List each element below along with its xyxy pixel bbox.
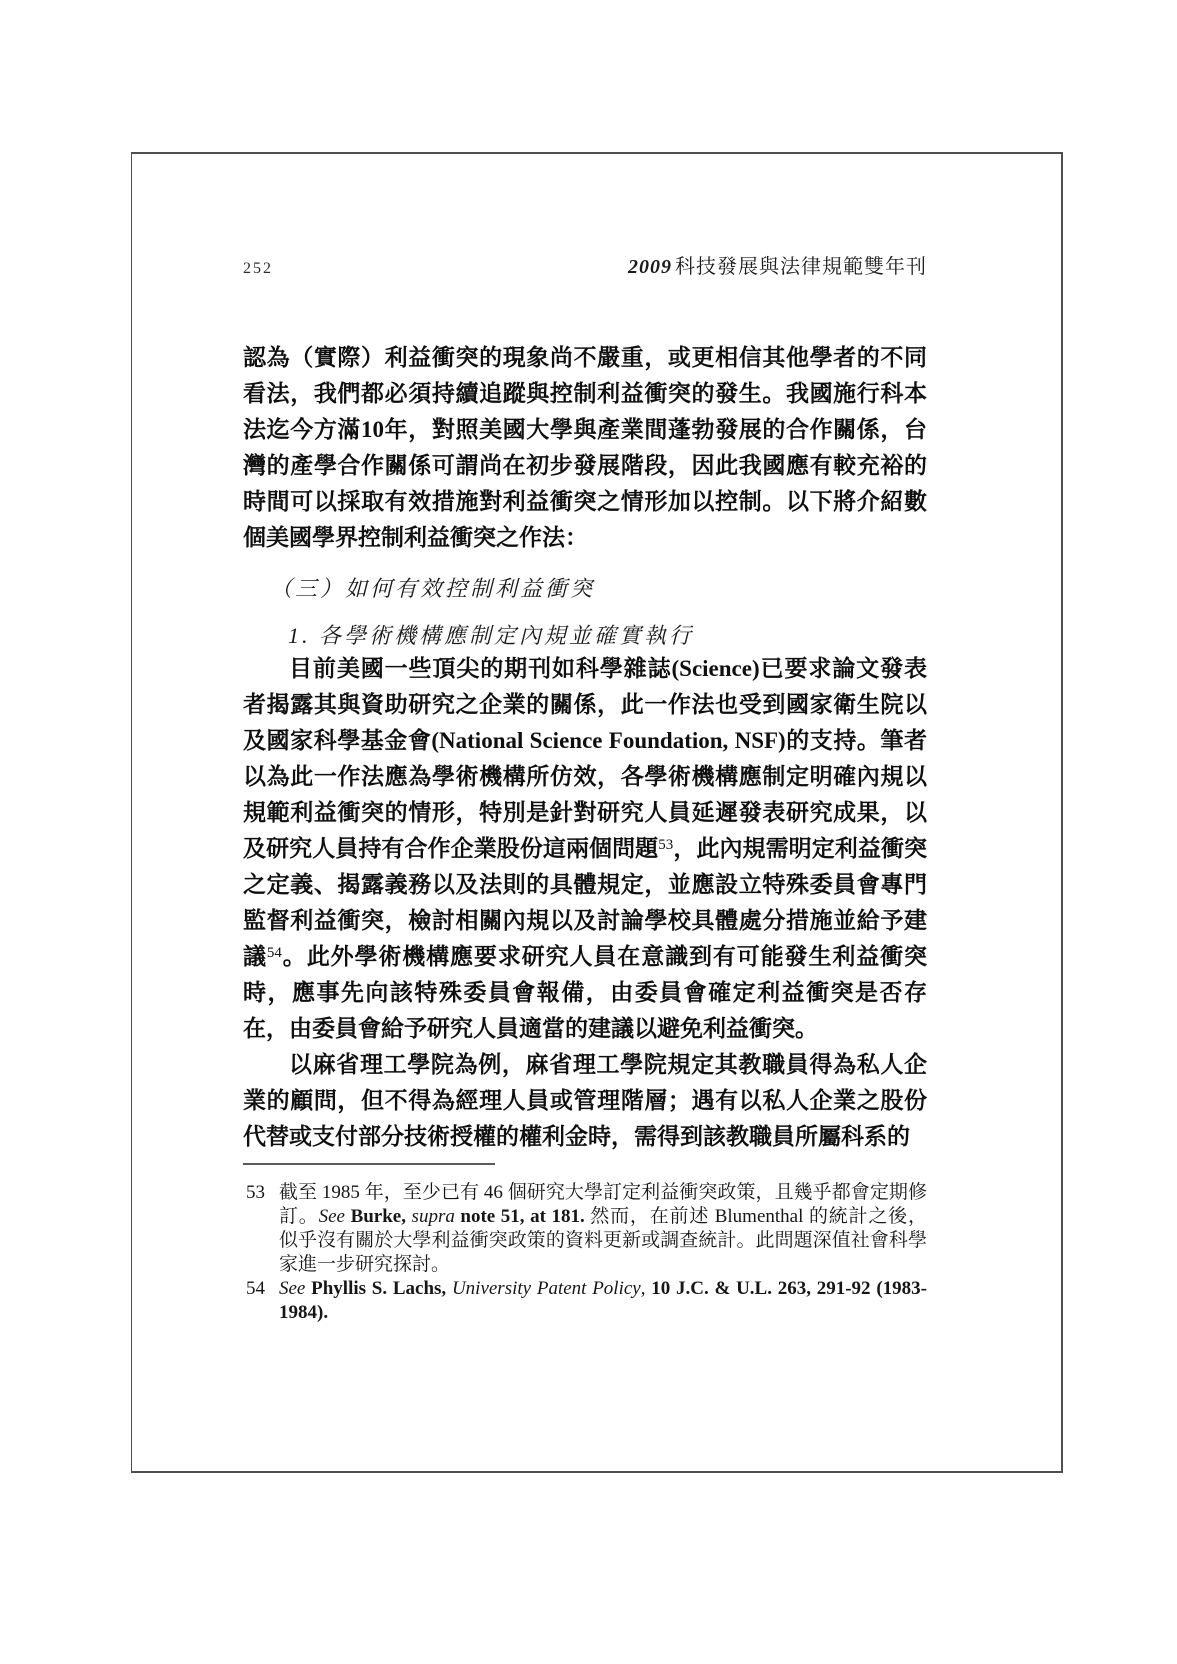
text-segment-bold: note 51, at 181. <box>460 1206 590 1227</box>
document-page: 252 2009科技發展與法律規範雙年刊 認為（實際）利益衝突的現象尚不嚴重，或… <box>131 152 1063 1473</box>
journal-title: 2009科技發展與法律規範雙年刊 <box>628 254 927 280</box>
text-segment-italic: supra <box>412 1206 461 1227</box>
footnotes-section: 53截至 1985 年，至少已有 46 個研究大學訂定利益衝突政策，且幾乎都會定… <box>243 1163 927 1325</box>
footnote-number: 53 <box>246 1181 265 1205</box>
footnote-number: 54 <box>246 1277 265 1301</box>
footnote-ref-54: 54 <box>267 945 282 961</box>
journal-year: 2009 <box>628 256 672 278</box>
text-segment: 。此外學術機構應要求研究人員在意識到有可能發生利益衝突時，應事先向該特殊委員會報… <box>243 944 927 1041</box>
text-segment: Blumenthal <box>715 1206 809 1227</box>
text-segment-italic: University Patent Policy <box>452 1278 641 1299</box>
text-segment: 目前美國一些頂尖的期刊如科學雜誌(Science)已要求論文發表者揭露其與資助研… <box>243 656 927 861</box>
body-text: 認為（實際）利益衝突的現象尚不嚴重，或更相信其他學者的不同看法，我們都必須持續追… <box>243 340 927 1155</box>
paragraph-1: 認為（實際）利益衝突的現象尚不嚴重，或更相信其他學者的不同看法，我們都必須持續追… <box>243 340 927 556</box>
text-segment: 然而，在前述 <box>590 1206 714 1227</box>
footnote-separator <box>243 1163 495 1165</box>
text-segment-italic: See <box>319 1206 351 1227</box>
text-segment-italic: See <box>279 1278 311 1299</box>
journal-title-text: 科技發展與法律規範雙年刊 <box>675 256 927 278</box>
text-segment-bold: Phyllis S. Lachs, <box>311 1278 452 1299</box>
footnote-53: 53截至 1985 年，至少已有 46 個研究大學訂定利益衝突政策，且幾乎都會定… <box>243 1181 927 1277</box>
paragraph-2: 目前美國一些頂尖的期刊如科學雜誌(Science)已要求論文發表者揭露其與資助研… <box>243 651 927 1047</box>
text-segment-bold: Burke, <box>351 1206 412 1227</box>
text-segment: , <box>641 1278 652 1299</box>
section-heading: （三）如何有效控制利益衝突 <box>270 574 927 604</box>
footnote-54: 54See Phyllis S. Lachs, University Paten… <box>243 1277 927 1325</box>
footnote-ref-53: 53 <box>658 837 673 853</box>
page-header: 252 2009科技發展與法律規範雙年刊 <box>243 254 927 282</box>
paragraph-3: 以麻省理工學院為例，麻省理工學院規定其教職員得為私人企業的顧問，但不得為經理人員… <box>243 1047 927 1155</box>
subsection-heading: 1. 各學術機構應制定內規並確實執行 <box>288 621 927 651</box>
page-number: 252 <box>243 256 273 282</box>
